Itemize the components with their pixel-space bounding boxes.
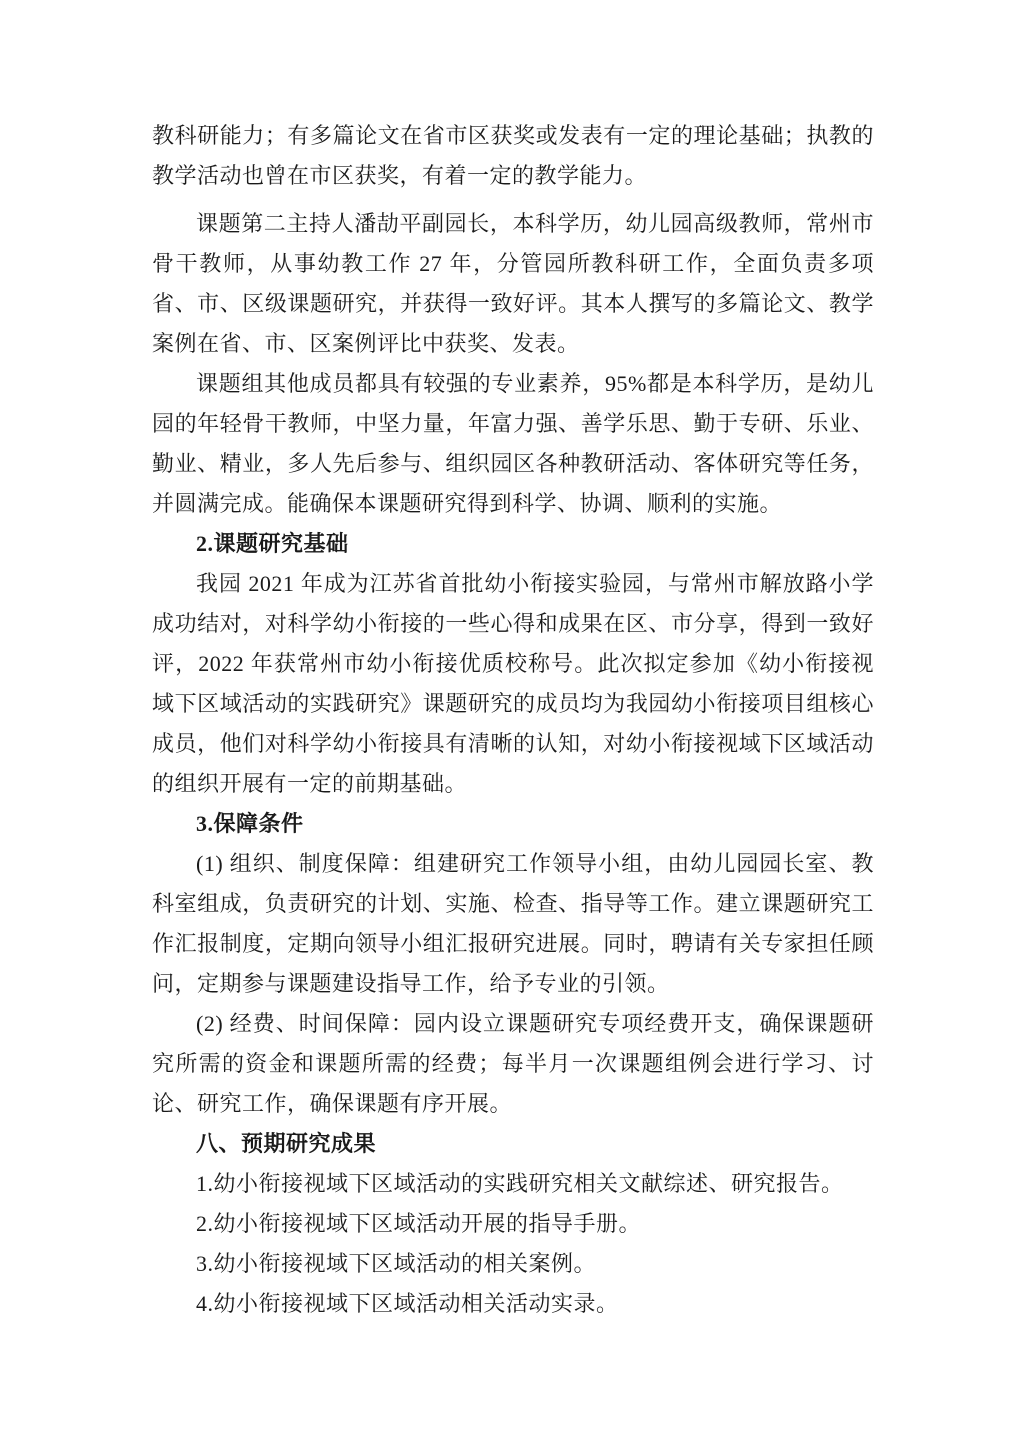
paragraph: 教科研能力；有多篇论文在省市区获奖或发表有一定的理论基础；执教的教学活动也曾在市… [152,116,874,196]
paragraph: 课题第二主持人潘劼平副园长，本科学历，幼儿园高级教师，常州市骨干教师，从事幼教工… [152,204,874,364]
paragraph: 4.幼小衔接视域下区域活动相关活动实录。 [152,1284,874,1324]
paragraph: (1) 组织、制度保障：组建研究工作领导小组，由幼儿园园长室、教科室组成，负责研… [152,844,874,1004]
paragraph: (2) 经费、时间保障：园内设立课题研究专项经费开支，确保课题研究所需的资金和课… [152,1004,874,1124]
section-heading: 3.保障条件 [152,804,874,844]
paragraph: 课题组其他成员都具有较强的专业素养，95%都是本科学历，是幼儿园的年轻骨干教师，… [152,364,874,524]
paragraph: 1.幼小衔接视域下区域活动的实践研究相关文献综述、研究报告。 [152,1164,874,1204]
paragraph: 我园 2021 年成为江苏省首批幼小衔接实验园，与常州市解放路小学成功结对，对科… [152,564,874,804]
document-page: 教科研能力；有多篇论文在省市区获奖或发表有一定的理论基础；执教的教学活动也曾在市… [0,0,1024,1448]
paragraph: 2.幼小衔接视域下区域活动开展的指导手册。 [152,1204,874,1244]
section-heading: 2.课题研究基础 [152,524,874,564]
section-heading: 八、预期研究成果 [152,1124,874,1164]
text-column: 教科研能力；有多篇论文在省市区获奖或发表有一定的理论基础；执教的教学活动也曾在市… [152,116,874,1324]
paragraph: 3.幼小衔接视域下区域活动的相关案例。 [152,1244,874,1284]
